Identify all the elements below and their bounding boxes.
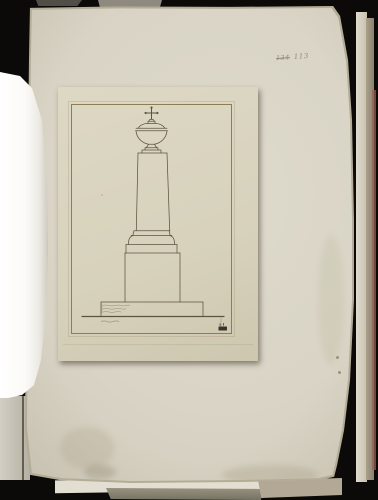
engraved-plate-sheet — [58, 87, 258, 361]
stepped-base — [82, 302, 224, 317]
handwritten-note — [101, 304, 130, 322]
fore-edge-band-red — [372, 90, 376, 470]
pinhole — [336, 356, 339, 359]
folio-number-struck: 134 — [276, 53, 290, 62]
page-edge-sliver-top-dark — [36, 0, 82, 6]
cross-finial — [145, 107, 159, 120]
bottom-page-edge-gray — [106, 488, 264, 500]
column-shaft — [136, 153, 169, 231]
spine-shadow-line — [22, 396, 24, 480]
urn — [136, 119, 168, 153]
column-base-mouldings — [125, 231, 180, 253]
collection-stamp — [219, 318, 228, 331]
column-monument-engraving — [58, 87, 258, 361]
pedestal-die — [125, 253, 180, 302]
foxing-stain — [60, 427, 114, 469]
folio-number: 113 — [294, 52, 309, 61]
pinhole — [338, 371, 341, 374]
scanned-book-page: 134 113 — [0, 0, 378, 500]
foxing-stain — [84, 465, 116, 479]
ink-fleck — [101, 194, 102, 195]
foxing-stain — [318, 235, 344, 365]
